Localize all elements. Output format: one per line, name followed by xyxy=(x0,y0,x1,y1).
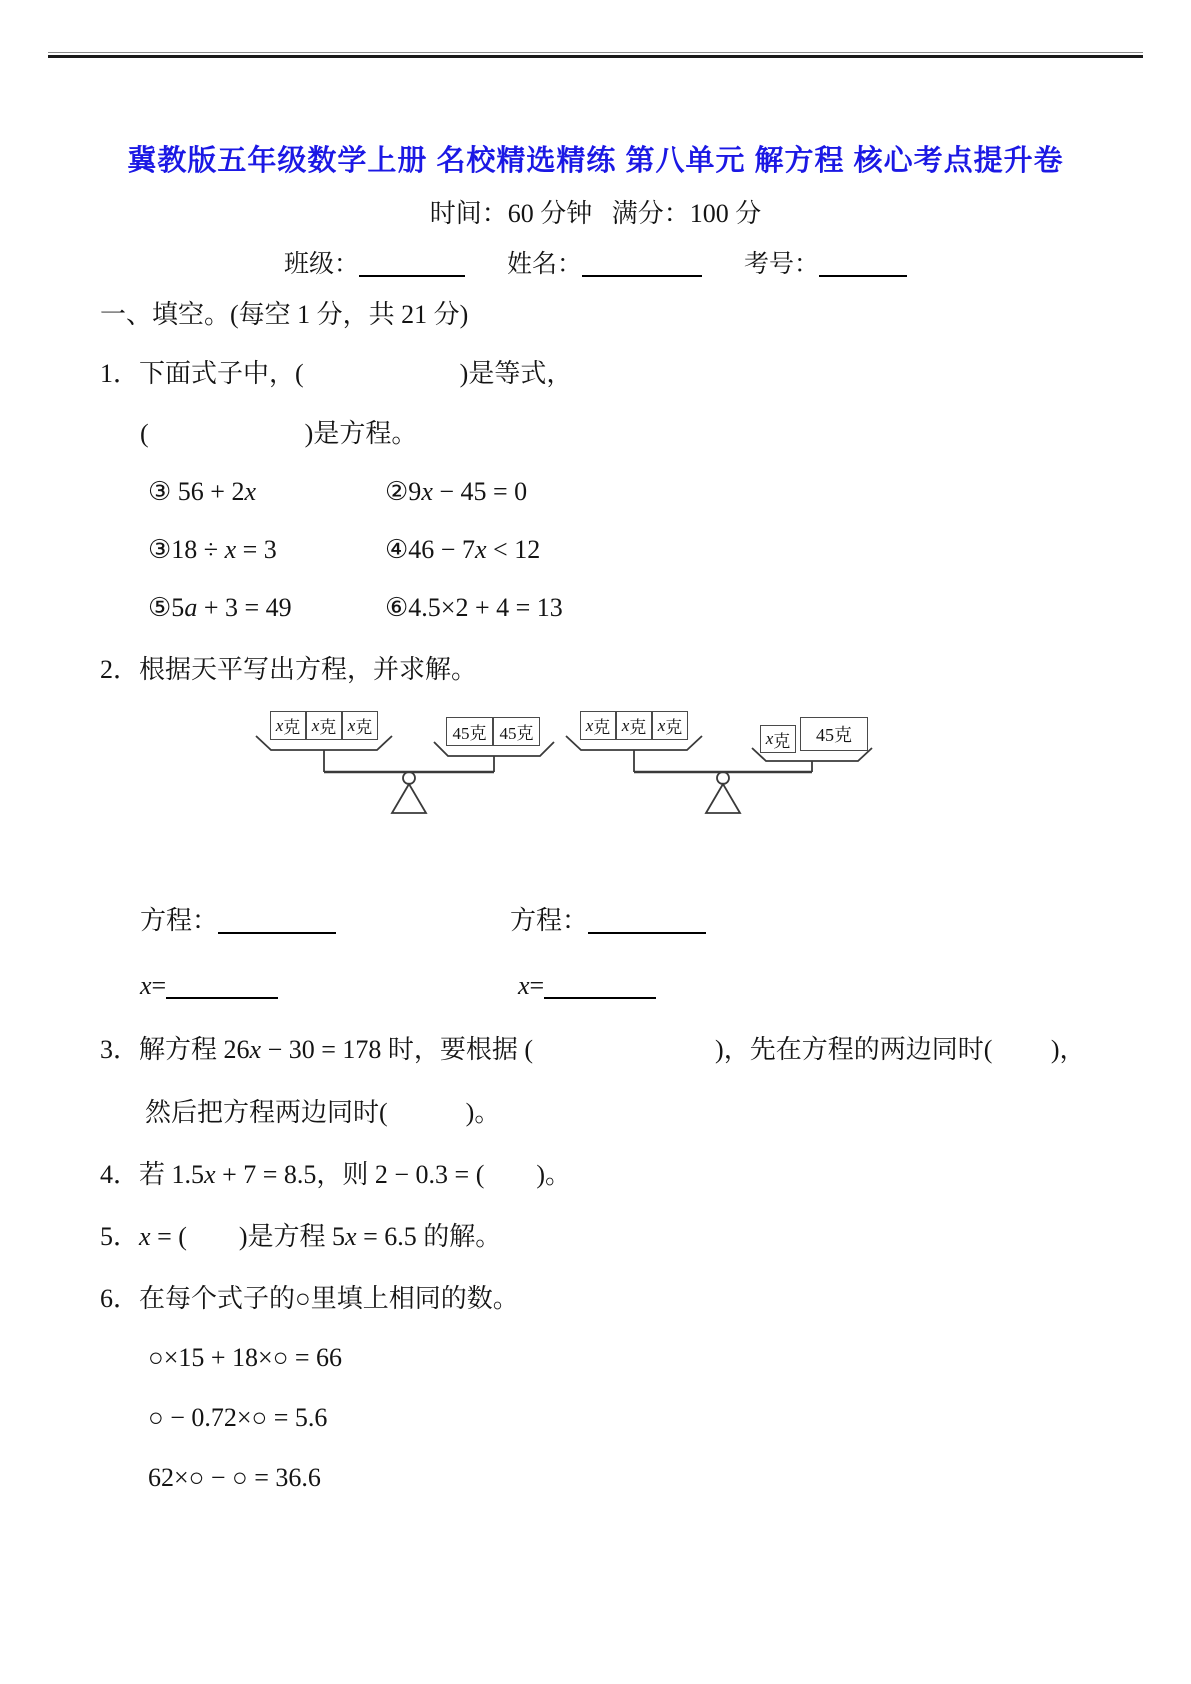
exam-no-blank xyxy=(819,275,907,277)
question-1-line-1: 1．下面式子中，( )是等式， xyxy=(100,356,572,391)
student-fields: 班级： 姓名： 考号： xyxy=(0,244,1191,280)
x-answer-row: x= x= xyxy=(0,968,1191,1008)
circle-expression-2: ○ − 0.72×○ = 5.6 xyxy=(148,1400,327,1435)
x-equals-label: x= xyxy=(140,971,166,1000)
weight-box-x: x克 xyxy=(306,711,342,740)
balance-scale-1: x克 x克 x克 45克 45克 xyxy=(250,700,570,835)
equation-field-right: 方程： xyxy=(510,903,706,938)
top-rule xyxy=(48,52,1143,58)
question-2: 2．根据天平写出方程，并求解。 xyxy=(100,652,477,687)
weight-box-x: x克 xyxy=(760,725,796,753)
fulcrum-triangle xyxy=(392,784,426,813)
circle-expression-3: 62×○ − ○ = 36.6 xyxy=(148,1460,321,1495)
question-6: 6．在每个式子的○里填上相同的数。 xyxy=(100,1281,519,1316)
question-4: 4．若 1.5x + 7 = 8.5，则 2 − 0.3 = ( )。 xyxy=(100,1157,571,1192)
name-field: 姓名： xyxy=(507,244,702,280)
class-blank xyxy=(359,275,465,277)
equation-field-left: 方程： xyxy=(140,903,336,938)
expression-4: ④46 − 7x < 12 xyxy=(385,532,540,567)
name-blank xyxy=(582,275,702,277)
equation-answer-row: 方程： 方程： xyxy=(0,903,1191,943)
question-3-line-1: 3．解方程 26x − 30 = 178 时，要根据 ( )，先在方程的两边同时… xyxy=(100,1032,1100,1067)
x-equals-field-right: x= xyxy=(518,968,656,1003)
fulcrum-triangle xyxy=(706,784,740,813)
expression-row: ③ 56 + 2x ②9x − 45 = 0 xyxy=(0,474,1191,514)
expression-row: ⑤5a + 3 = 49 ⑥4.5×2 + 4 = 13 xyxy=(0,590,1191,630)
pivot xyxy=(717,772,729,784)
x-equals-blank xyxy=(544,997,656,999)
question-1-line-2: ( )是方程。 xyxy=(140,416,417,451)
equation-blank xyxy=(218,932,336,934)
expression-5: ⑤5a + 3 = 49 xyxy=(148,590,292,625)
x-equals-field-left: x= xyxy=(140,968,278,1003)
weight-box-x: x克 xyxy=(270,711,306,740)
class-field: 班级： xyxy=(284,244,465,280)
name-label: 姓名： xyxy=(507,251,582,278)
expression-2: ②9x − 45 = 0 xyxy=(385,474,527,509)
exam-no-label: 考号： xyxy=(744,251,819,278)
exam-paper-page: 冀教版五年级数学上册 名校精选精练 第八单元 解方程 核心考点提升卷 时间：60… xyxy=(0,0,1191,1684)
weight-box-x: x克 xyxy=(580,711,616,740)
exam-no-field: 考号： xyxy=(744,244,907,280)
equation-blank xyxy=(588,932,706,934)
equation-label: 方程： xyxy=(140,906,218,935)
pivot xyxy=(403,772,415,784)
expression-1: ③ 56 + 2x xyxy=(148,474,256,509)
x-equals-blank xyxy=(166,997,278,999)
x-equals-label: x= xyxy=(518,971,544,1000)
weight-box-x: x克 xyxy=(652,711,688,740)
equation-label: 方程： xyxy=(510,906,588,935)
exam-meta: 时间：60 分钟 满分：100 分 xyxy=(0,196,1191,231)
circle-expression-1: ○×15 + 18×○ = 66 xyxy=(148,1340,342,1375)
class-label: 班级： xyxy=(284,251,359,278)
weight-box-45: 45克 xyxy=(446,717,493,746)
expression-row: ③18 ÷ x = 3 ④46 − 7x < 12 xyxy=(0,532,1191,572)
page-title: 冀教版五年级数学上册 名校精选精练 第八单元 解方程 核心考点提升卷 xyxy=(0,138,1191,179)
weight-box-45: 45克 xyxy=(493,717,540,746)
section-one-heading: 一、填空。(每空 1 分，共 21 分) xyxy=(100,297,468,332)
weight-box-45-large: 45克 xyxy=(800,717,868,751)
question-5: 5．x = ( )是方程 5x = 6.5 的解。 xyxy=(100,1219,501,1254)
weight-box-x: x克 xyxy=(342,711,378,740)
expression-3: ③18 ÷ x = 3 xyxy=(148,532,277,567)
balance-scale-2: x克 x克 x克 x克 45克 xyxy=(560,700,880,835)
question-3-line-2: 然后把方程两边同时( )。 xyxy=(145,1095,500,1130)
expression-6: ⑥4.5×2 + 4 = 13 xyxy=(385,590,563,625)
weight-box-x: x克 xyxy=(616,711,652,740)
